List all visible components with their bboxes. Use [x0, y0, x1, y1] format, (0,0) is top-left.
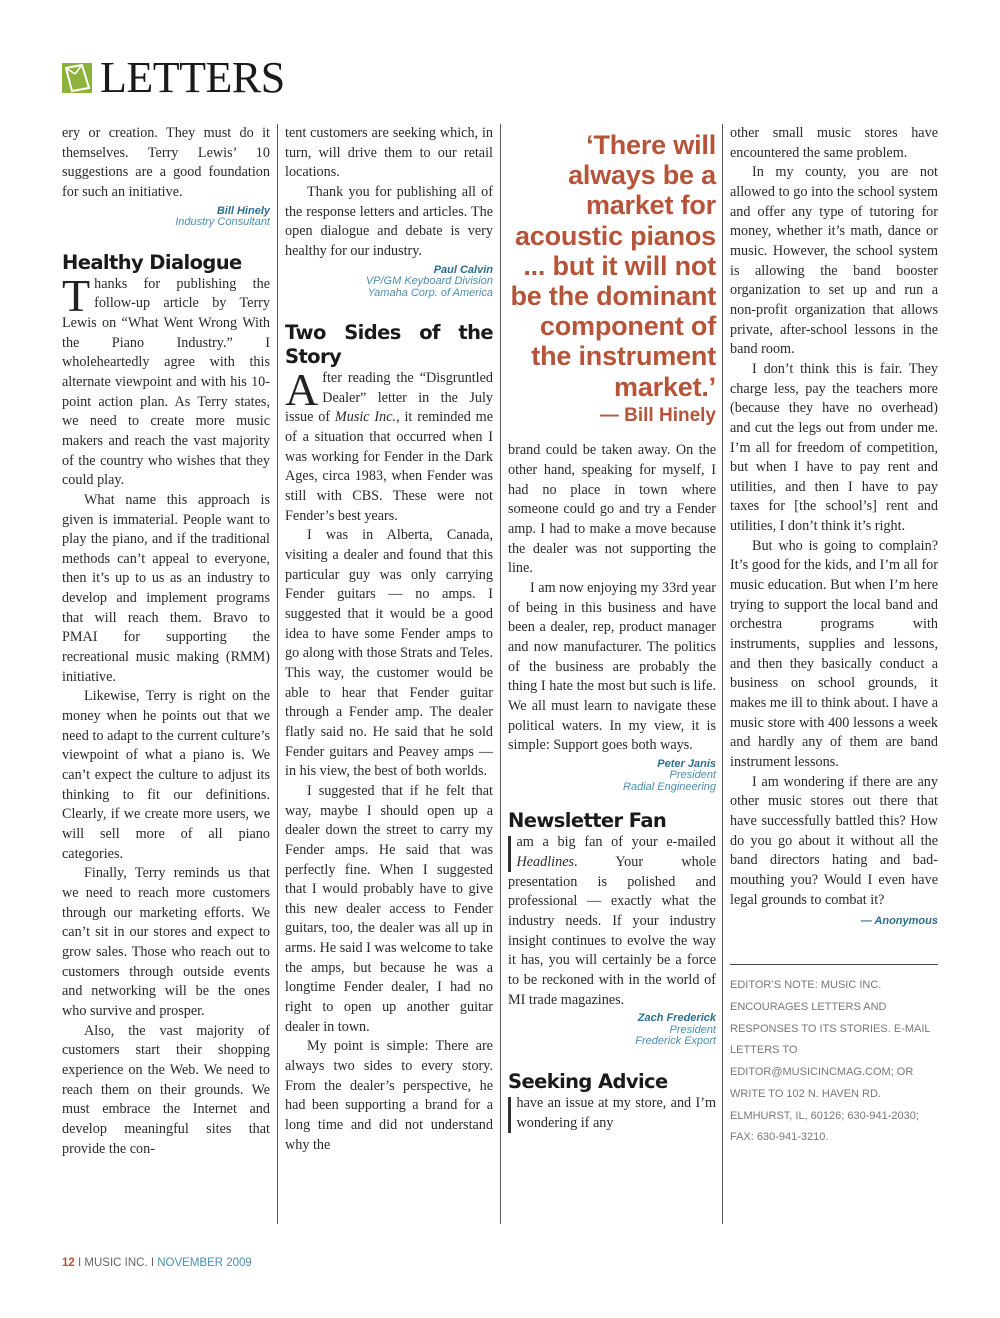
body-paragraph: I am now enjoying my 33rd year of being …: [508, 579, 716, 756]
drop-cap: A: [285, 372, 318, 408]
signature: Bill Hinely Industry Consultant: [62, 206, 270, 229]
body-paragraph: Likewise, Terry is right on the money wh…: [62, 687, 270, 864]
body-paragraph: am a big fan of your e-mailed Headlines.…: [508, 833, 716, 1010]
body-paragraph: What name this approach is given is imma…: [62, 491, 270, 688]
editor-note: Editor’s Note: Music Inc. encourages let…: [730, 975, 938, 1149]
body-paragraph: Thank you for publishing all of the resp…: [285, 183, 493, 262]
signature-anonymous: — Anonymous: [730, 912, 938, 932]
newsletter-title: Headlines: [517, 854, 575, 870]
body-paragraph: Also, the vast majority of customers sta…: [62, 1022, 270, 1160]
body-paragraph: Finally, Terry reminds us that we need t…: [62, 864, 270, 1021]
signature-company: Frederick Export: [508, 1036, 716, 1048]
body-paragraph: I am wondering if there are any other mu…: [730, 773, 938, 911]
letter-heading: Healthy Dialogue: [62, 251, 270, 275]
pull-quote: ‘There will always be a market for acous…: [508, 130, 716, 402]
body-paragraph: After reading the “Disgruntled Dealer” l…: [285, 369, 493, 526]
page-number: 12: [62, 1257, 75, 1269]
column-1: ery or creation. They must do it themsel…: [62, 124, 270, 1159]
body-paragraph: In my county, you are not allowed to go …: [730, 163, 938, 360]
signature: Paul Calvin VP/GM Keyboard Division Yama…: [285, 265, 493, 300]
body-paragraph: Thanks for publishing the follow-up arti…: [62, 275, 270, 491]
letter-heading: Newsletter Fan: [508, 809, 716, 833]
footer-separator: I: [75, 1257, 85, 1269]
body-paragraph: other small music stores have encountere…: [730, 124, 938, 163]
issue-date: NOVEMBER 2009: [157, 1257, 252, 1269]
drop-cap-i: [508, 836, 511, 872]
page-footer: 12 I MUSIC INC. I NOVEMBER 2009: [62, 1257, 252, 1269]
editor-note-divider: [730, 964, 938, 965]
body-paragraph: I was in Alberta, Canada, visiting a dea…: [285, 526, 493, 782]
letter-heading: Seeking Advice: [508, 1070, 716, 1094]
publication-title: Music Inc.: [335, 409, 396, 425]
signature: Zach Frederick President Frederick Expor…: [508, 1013, 716, 1048]
signature-company: Yamaha Corp. of America: [285, 288, 493, 300]
body-paragraph: I suggested that if he felt that way, ma…: [285, 782, 493, 1038]
pull-quote-attribution: — Bill Hinely: [508, 406, 716, 426]
column-divider: [722, 124, 723, 1224]
signature-title: VP/GM Keyboard Division: [285, 276, 493, 288]
body-paragraph: tent customers are seeking which, in tur…: [285, 124, 493, 183]
body-paragraph: I don’t think this is fair. They charge …: [730, 360, 938, 537]
column-4: other small music stores have encountere…: [730, 124, 938, 1149]
signature-title: Industry Consultant: [62, 217, 270, 229]
column-3: ‘There will always be a market for acous…: [508, 124, 716, 1133]
column-2: tent customers are seeking which, in tur…: [285, 124, 493, 1155]
body-paragraph: brand could be taken away. On the other …: [508, 441, 716, 579]
drop-cap: T: [62, 278, 90, 314]
signature-company: Radial Engineering: [508, 782, 716, 794]
column-divider: [500, 124, 501, 1224]
column-divider: [277, 124, 278, 1224]
drop-cap-i: [508, 1097, 511, 1133]
body-paragraph: have an issue at my store, and I’m wonde…: [508, 1094, 716, 1133]
letter-heading: Two Sides of the Story: [285, 321, 493, 369]
signature: Peter Janis President Radial Engineering: [508, 759, 716, 794]
publication-name: MUSIC INC.: [84, 1257, 147, 1269]
section-title: LETTERS: [100, 58, 285, 98]
body-paragraph: But who is going to complain? It’s good …: [730, 537, 938, 773]
letters-logo-icon: [62, 63, 92, 93]
body-paragraph: ery or creation. They must do it themsel…: [62, 124, 270, 203]
section-header: LETTERS: [62, 58, 285, 98]
body-paragraph: My point is simple: There are always two…: [285, 1037, 493, 1155]
footer-separator: I: [148, 1257, 158, 1269]
